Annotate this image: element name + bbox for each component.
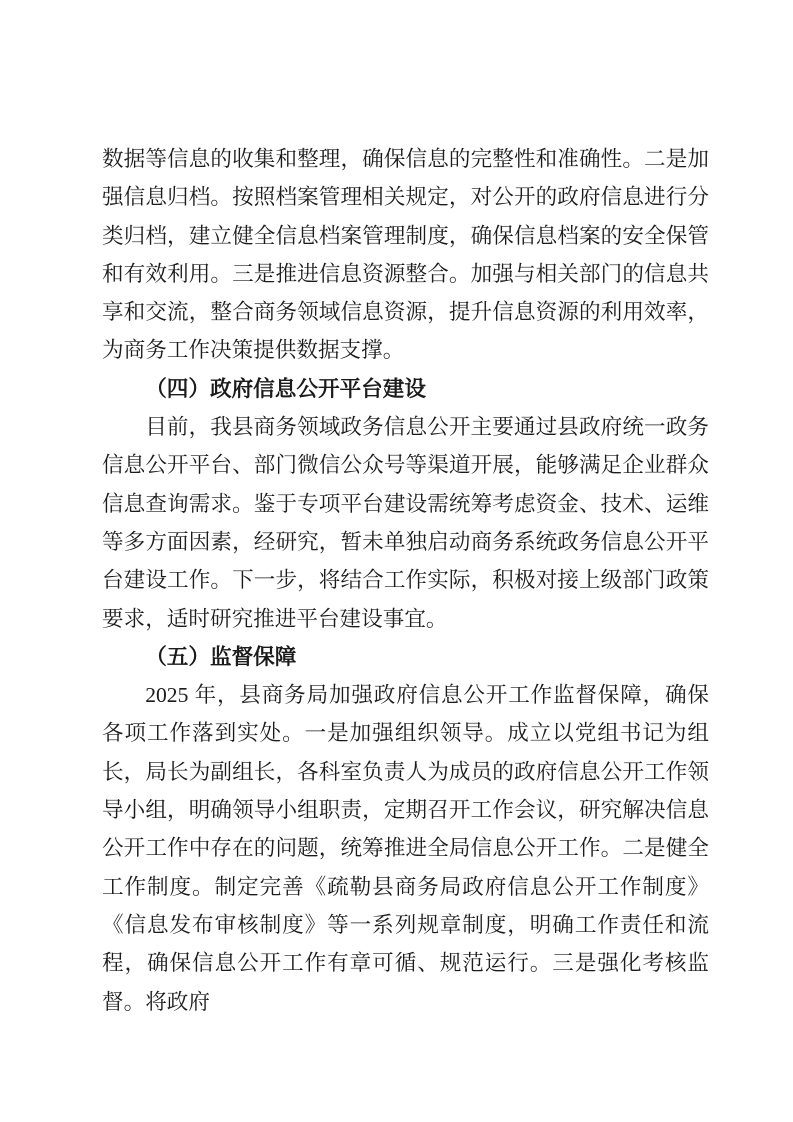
document-text: 数据等信息的收集和整理，确保信息的完整性和准确性。二是加强信息归档。按照档案管理…	[102, 140, 709, 1021]
section-heading-4: （四）政府信息公开平台建设	[102, 370, 709, 408]
section-heading-5: （五）监督保障	[102, 638, 709, 676]
document-page: 数据等信息的收集和整理，确保信息的完整性和准确性。二是加强信息归档。按照档案管理…	[0, 0, 793, 1122]
section-body-4: 目前，我县商务领域政务信息公开主要通过县政府统一政务信息公开平台、部门微信公众号…	[102, 408, 709, 638]
paragraph-continuation: 数据等信息的收集和整理，确保信息的完整性和准确性。二是加强信息归档。按照档案管理…	[102, 140, 709, 370]
section-body-5: 2025 年，县商务局加强政府信息公开工作监督保障，确保各项工作落到实处。一是加…	[102, 676, 709, 1021]
